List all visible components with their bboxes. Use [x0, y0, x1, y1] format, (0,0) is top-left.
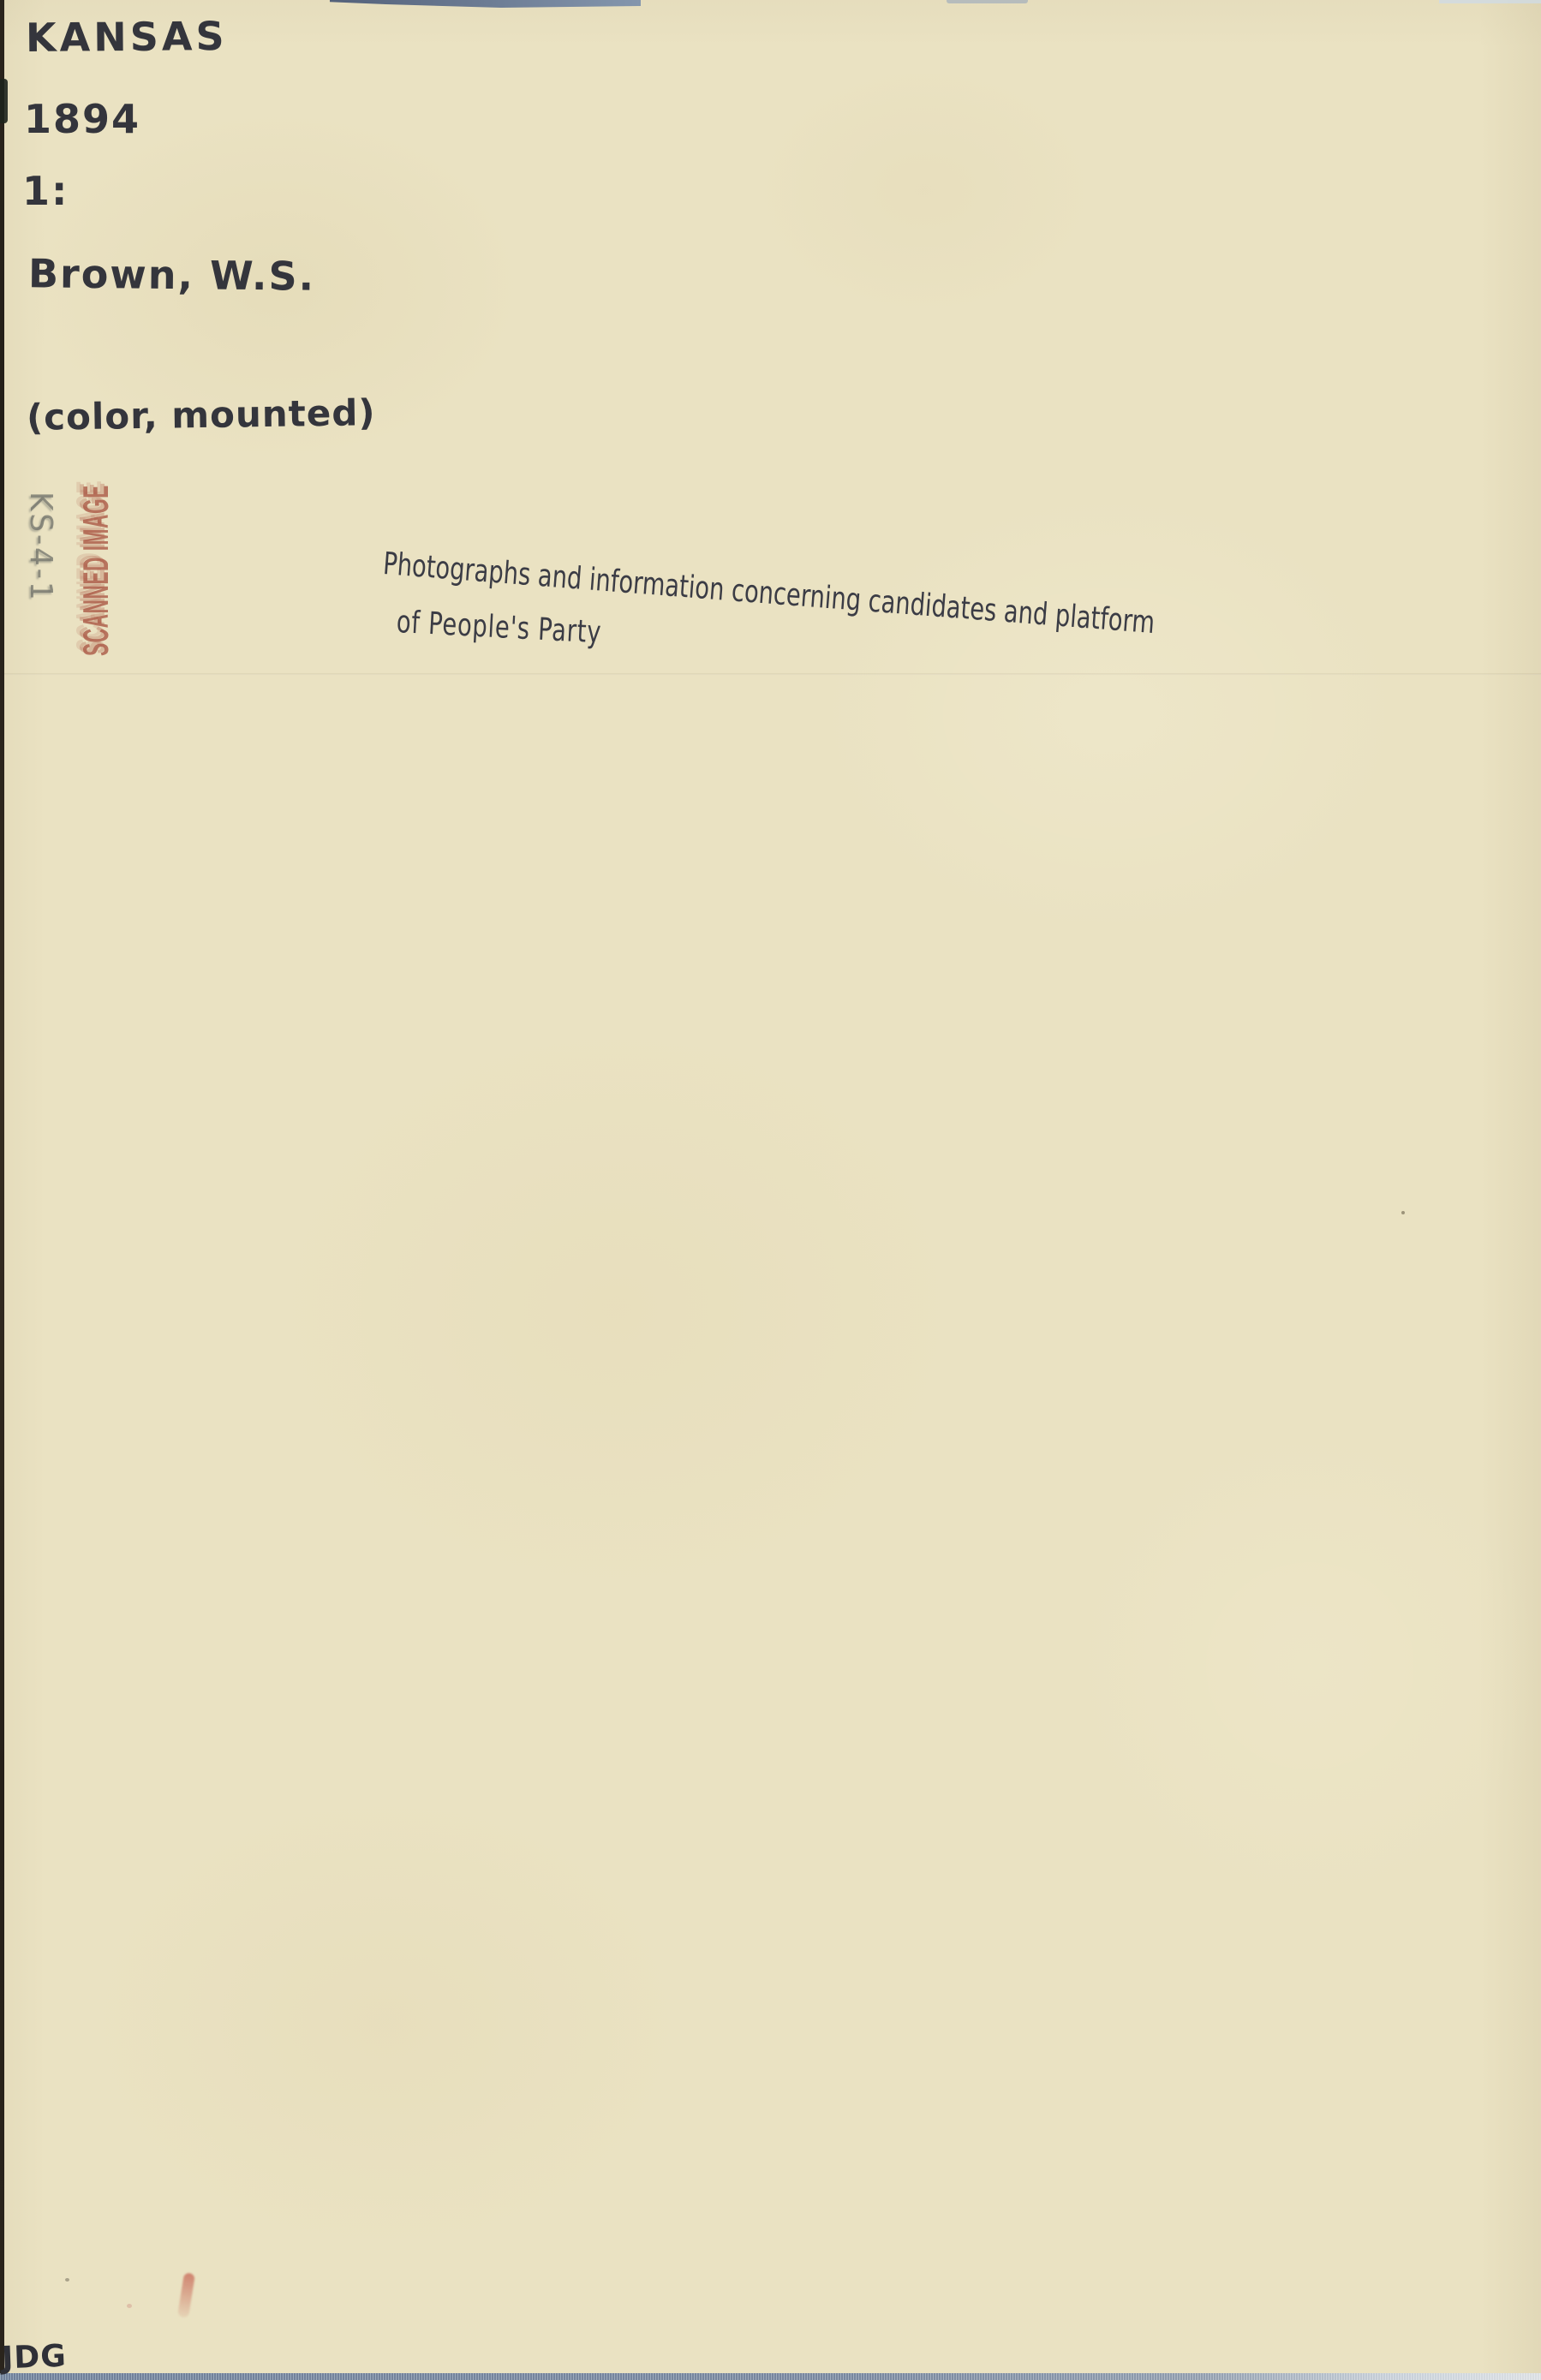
paper-speck — [1401, 1211, 1405, 1214]
scan-top-edge-object — [330, 0, 641, 8]
heading-media-note: (color, mounted) — [27, 391, 376, 438]
underlying-page-edge — [0, 2373, 1541, 2380]
heading-year: 1894 — [24, 96, 140, 142]
scan-top-right-sliver — [1439, 0, 1541, 3]
call-number-text: KS-4-1 — [23, 492, 58, 602]
scan-top-edge-sliver — [947, 0, 1028, 3]
paper-speck — [127, 2304, 132, 2308]
paper-speck — [65, 2278, 69, 2282]
archivist-initials: JDG — [1, 2339, 67, 2377]
scan-left-edge-blob — [0, 79, 8, 123]
heading-subject-name: Brown, W.S. — [28, 250, 316, 300]
heading-state: KANSAS — [26, 13, 228, 61]
scanned-image-stamp: SCANNED IMAGE — [75, 468, 116, 656]
scan-left-edge — [0, 0, 4, 2380]
paper-crease — [0, 673, 1541, 675]
scanned-archive-folder-page: KANSAS 1894 1: Brown, W.S. (color, mount… — [0, 0, 1541, 2380]
heading-item-number: 1: — [22, 168, 69, 214]
call-number-pencil: KS-4-1 — [23, 492, 58, 608]
red-pencil-mark — [177, 2272, 195, 2317]
scanned-image-stamp-text: SCANNED IMAGE — [75, 485, 116, 656]
paper-texture — [0, 0, 1541, 2380]
description-line-2: of People's Party — [396, 605, 667, 653]
